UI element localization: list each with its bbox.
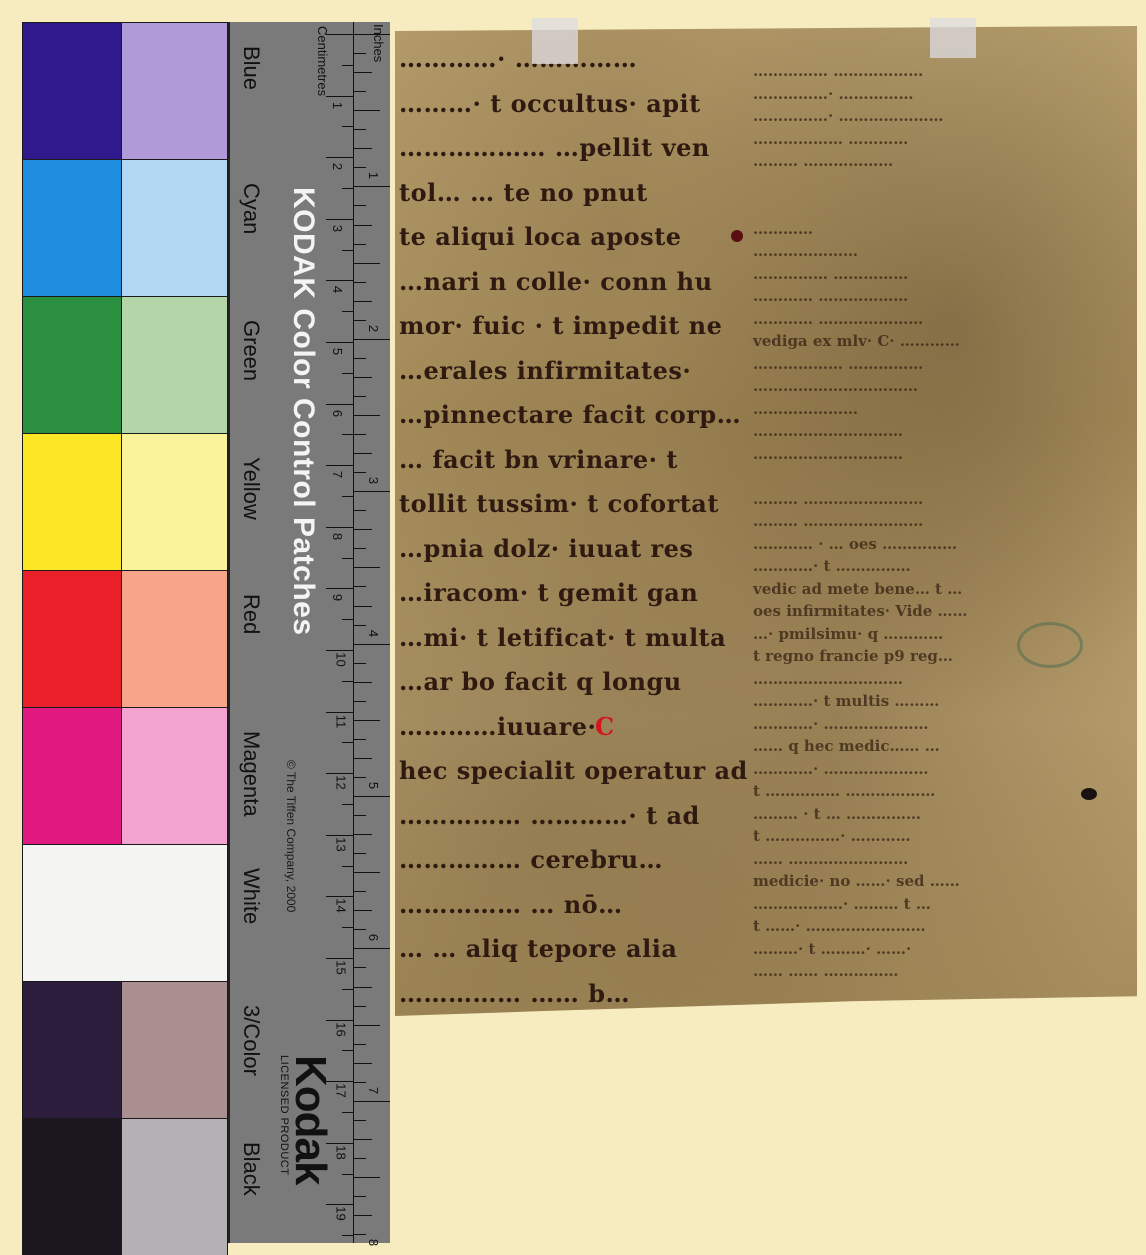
inch-tick: [354, 339, 390, 340]
inch-tick: [354, 720, 380, 721]
patch-label-blue: Blue: [238, 46, 264, 90]
inch-mark-label: 1: [366, 172, 381, 179]
tape-strip-right: [930, 18, 976, 58]
manuscript-line-left: hec specialit operatur ad: [399, 756, 748, 785]
cm-tick: [326, 835, 354, 836]
manuscript-line-right: …· pmilsimu· q …………: [753, 625, 943, 643]
kodak-color-chart: Inches Centimetres KODAK Color Control P…: [22, 22, 388, 1243]
cm-tick: [326, 404, 354, 405]
cm-tick: [326, 1143, 354, 1144]
manuscript-line-left: … … aliq tepore alia: [399, 934, 677, 963]
inch-tick: [354, 1215, 372, 1216]
patch-green-dark: [22, 296, 122, 434]
cm-tick: [326, 712, 354, 713]
patch-yellow-light: [121, 433, 228, 571]
inch-mark-label: 3: [366, 477, 381, 484]
inch-tick: [354, 682, 372, 683]
inch-tick: [354, 225, 372, 226]
cm-mark-label: 13: [334, 837, 349, 851]
manuscript-line-right: …… …… ……………: [753, 962, 898, 980]
cm-mark-label: 5: [330, 348, 345, 355]
cm-tick: [342, 373, 354, 374]
cm-tick: [326, 650, 354, 651]
manuscript-line-left: …………… cerebru…: [399, 845, 663, 874]
manuscript-line-right: t ……………· …………: [753, 827, 911, 845]
inch-tick: [354, 205, 366, 206]
patch-label-cyan: Cyan: [238, 183, 264, 234]
cm-tick: [326, 34, 354, 35]
inch-tick: [354, 1101, 390, 1102]
inch-tick: [354, 34, 390, 35]
inch-tick: [354, 1196, 366, 1197]
inch-tick: [354, 815, 366, 816]
cm-tick: [326, 1020, 354, 1021]
patch-3-color-light: [121, 981, 228, 1119]
manuscript-line-right: ……… · t … ……………: [753, 805, 921, 823]
inch-tick: [354, 548, 366, 549]
cm-tick: [326, 96, 354, 97]
inch-tick: [354, 491, 390, 492]
cm-mark-label: 15: [334, 960, 349, 974]
inch-tick: [354, 606, 372, 607]
manuscript-line-left: …mi· t letificat· t multa: [399, 623, 726, 652]
cm-tick: [342, 558, 354, 559]
manuscript-line-right: ……………· …………………: [753, 107, 943, 125]
cm-tick: [342, 126, 354, 127]
inch-tick: [354, 244, 366, 245]
inch-tick: [354, 263, 380, 264]
inch-tick: [354, 1177, 380, 1178]
inch-tick: [354, 987, 372, 988]
manuscript-line-left: tollit tussim· t cofortat: [399, 489, 719, 518]
inch-tick: [354, 834, 372, 835]
patch-blue-light: [121, 22, 228, 160]
manuscript-line-right: …… ……………………: [753, 850, 908, 868]
cm-mark-label: 1: [330, 101, 345, 108]
cm-tick: [342, 927, 354, 928]
manuscript-line-right: t …………… ………………: [753, 782, 935, 800]
cm-tick: [342, 65, 354, 66]
patch-label-green: Green: [238, 320, 264, 381]
cm-tick: [326, 465, 354, 466]
cm-mark-label: 9: [330, 594, 345, 601]
inch-tick: [354, 186, 390, 187]
rubric-initial: C: [595, 712, 615, 741]
manuscript-line-right: …………………………: [753, 445, 903, 463]
inch-tick: [354, 644, 390, 645]
manuscript-line-right: …………………………: [753, 670, 903, 688]
cm-tick: [326, 342, 354, 343]
patch-label-yellow: Yellow: [238, 457, 264, 520]
inch-tick: [354, 929, 366, 930]
manuscript-line-left: …pnia dolz· iuuat res: [399, 534, 693, 563]
inch-tick: [354, 167, 366, 168]
manuscript-line-left: …………… … nō…: [399, 890, 623, 919]
inch-tick: [354, 739, 366, 740]
manuscript-line-right: t ……· ……………………: [753, 917, 926, 935]
cm-tick: [342, 434, 354, 435]
inch-tick: [354, 1139, 372, 1140]
cm-tick: [326, 527, 354, 528]
cm-tick: [342, 804, 354, 805]
cm-tick: [326, 588, 354, 589]
manuscript-line-right: …………· t multis ………: [753, 692, 939, 710]
manuscript-line-right: …………… ………………: [753, 62, 923, 80]
inches-label: Inches: [371, 24, 386, 62]
cm-mark-label: 16: [334, 1022, 349, 1036]
manuscript-line-right: t regno francie p9 reg…: [753, 647, 953, 665]
inch-tick: [354, 53, 366, 54]
patch-magenta-dark: [22, 707, 122, 845]
inch-tick: [354, 91, 366, 92]
cm-tick: [326, 280, 354, 281]
green-stain: [1017, 622, 1083, 668]
cm-mark-label: 17: [334, 1083, 349, 1097]
manuscript-line-left: te aliqui loca aposte: [399, 222, 682, 251]
patch-white: [22, 844, 228, 982]
inch-tick: [354, 301, 372, 302]
manuscript-line-right: ………… ………………: [753, 287, 908, 305]
inch-tick: [354, 1025, 380, 1026]
cm-tick: [342, 311, 354, 312]
inch-tick: [354, 415, 380, 416]
inch-tick: [354, 396, 366, 397]
manuscript-line-right: …………………: [753, 400, 858, 418]
patch-black-light: [121, 1118, 228, 1255]
inch-tick: [354, 358, 366, 359]
patch-red-light: [121, 570, 228, 708]
cm-mark-label: 6: [330, 409, 345, 416]
cm-tick: [342, 188, 354, 189]
cm-tick: [326, 896, 354, 897]
inch-tick: [354, 891, 366, 892]
cm-tick: [326, 1204, 354, 1205]
chart-title: KODAK Color Control Patches: [286, 187, 320, 636]
inch-tick: [354, 1006, 366, 1007]
tape-strip-left: [532, 18, 578, 64]
inch-tick: [354, 472, 366, 473]
manuscript-line-right: ………… · … oes ……………: [753, 535, 957, 553]
inch-tick: [354, 510, 366, 511]
manuscript-fragment: …………· ……………………· t occultus· apit……………… ……: [395, 26, 1137, 1016]
licensed-product-text: LICENSED PRODUCT: [278, 1055, 290, 1175]
cm-tick: [342, 619, 354, 620]
manuscript-line-right: ……… ……………………: [753, 490, 923, 508]
inch-tick: [354, 434, 366, 435]
cm-mark-label: 4: [330, 286, 345, 293]
inch-tick: [354, 1234, 366, 1235]
cm-mark-label: 12: [334, 775, 349, 789]
manuscript-line-left: …nari n colle· conn hu: [399, 267, 713, 296]
inch-tick: [354, 1082, 366, 1083]
manuscript-line-right: vedic ad mete bene… t …: [753, 580, 962, 598]
centimetres-label: Centimetres: [315, 26, 330, 96]
patch-red-dark: [22, 570, 122, 708]
cm-mark-label: 8: [330, 533, 345, 540]
manuscript-line-right: …………· …………………: [753, 715, 928, 733]
inch-mark-label: 2: [366, 325, 381, 332]
inch-tick: [354, 567, 380, 568]
cm-mark-label: 19: [334, 1207, 349, 1221]
patch-3-color-dark: [22, 981, 122, 1119]
cm-tick: [326, 1081, 354, 1082]
manuscript-line-right: …………… ……………: [753, 265, 908, 283]
inch-mark-label: 7: [366, 1087, 381, 1094]
manuscript-line-left: …erales infirmitates·: [399, 356, 691, 385]
manuscript-line-left: …………· ……………: [399, 44, 637, 73]
ink-spot: [731, 230, 743, 242]
cm-tick: [342, 1112, 354, 1113]
cm-tick: [342, 1174, 354, 1175]
cm-tick: [342, 496, 354, 497]
manuscript-line-right: …………· …………………: [753, 760, 928, 778]
cm-mark-label: 2: [330, 163, 345, 170]
inch-mark-label: 6: [366, 934, 381, 941]
inch-tick: [354, 948, 390, 949]
manuscript-line-right: ………… …………………: [753, 310, 923, 328]
manuscript-line-right: ……………… …………: [753, 130, 908, 148]
inch-tick: [354, 663, 366, 664]
manuscript-line-right: vediga ex mlv· C· …………: [753, 332, 960, 350]
inch-tick: [354, 377, 372, 378]
patch-label-black: Black: [238, 1142, 264, 1196]
cm-mark-label: 11: [333, 714, 348, 728]
patch-label-red: Red: [238, 594, 264, 634]
inch-mark-label: 5: [366, 782, 381, 789]
manuscript-line-right: ………………· ……… t …: [753, 895, 931, 913]
inch-tick: [354, 282, 366, 283]
cm-mark-label: 10: [334, 652, 349, 666]
inch-tick: [354, 796, 390, 797]
manuscript-line-right: …………· t ……………: [753, 557, 911, 575]
inch-tick: [354, 872, 380, 873]
cm-tick: [342, 1050, 354, 1051]
inch-tick: [354, 1063, 372, 1064]
manuscript-line-right: medicie· no ……· sed ……: [753, 872, 960, 890]
cm-tick: [342, 866, 354, 867]
cm-tick: [326, 219, 354, 220]
patch-magenta-light: [121, 707, 228, 845]
inch-tick: [354, 1120, 366, 1121]
patch-black-dark: [22, 1118, 122, 1255]
manuscript-line-left: …iracom· t gemit gan: [399, 578, 698, 607]
manuscript-line-right: …………………………: [753, 422, 903, 440]
patch-blue-dark: [22, 22, 122, 160]
patch-label-white: White: [238, 868, 264, 924]
inch-tick: [354, 1044, 366, 1045]
inch-mark-label: 8: [366, 1239, 381, 1246]
manuscript-line-right: ……… ………………: [753, 152, 893, 170]
ink-blot: [1081, 788, 1097, 800]
inch-tick: [354, 72, 372, 73]
inch-tick: [354, 701, 366, 702]
inch-tick: [354, 853, 366, 854]
cm-tick: [342, 250, 354, 251]
cm-tick: [342, 742, 354, 743]
inch-tick: [354, 1158, 366, 1159]
inch-tick: [354, 320, 366, 321]
cm-tick: [326, 157, 354, 158]
inch-tick: [354, 967, 366, 968]
gray-label-strip: Inches Centimetres KODAK Color Control P…: [228, 22, 390, 1243]
manuscript-line-left: mor· fuic · t impedit ne: [399, 311, 722, 340]
manuscript-line-right: ………· t ………· ……·: [753, 940, 911, 958]
patch-label-3-color: 3/Color: [238, 1005, 264, 1076]
inch-tick: [354, 625, 366, 626]
copyright-text: © The Tiffen Company, 2000: [284, 760, 298, 912]
inch-tick: [354, 758, 372, 759]
manuscript-line-left: … facit bn vrinare· t: [399, 445, 678, 474]
cm-tick: [342, 1235, 354, 1236]
cm-mark-label: 18: [334, 1145, 349, 1159]
manuscript-line-right: …… q hec medic…… …: [753, 737, 940, 755]
inch-tick: [354, 110, 380, 111]
kodak-logo: Kodak: [285, 1055, 335, 1184]
patch-green-light: [121, 296, 228, 434]
manuscript-line-left: …………… …… b…: [399, 979, 630, 1008]
manuscript-line-left: ……………… …pellit ven: [399, 133, 710, 162]
manuscript-line-left: tol… … te no pnut: [399, 178, 648, 207]
manuscript-line-left: …ar bo facit q longu: [399, 667, 682, 696]
inch-tick: [354, 148, 372, 149]
manuscript-line-right: ……………· ……………: [753, 85, 913, 103]
inch-tick: [354, 586, 366, 587]
inch-tick: [354, 129, 366, 130]
manuscript-line-right: oes infirmitates· Vide ……: [753, 602, 968, 620]
manuscript-line-right: ……… ……………………: [753, 512, 923, 530]
patch-label-magenta: Magenta: [238, 731, 264, 817]
manuscript-line-right: ……………………………: [753, 377, 918, 395]
inch-tick: [354, 910, 372, 911]
patch-cyan-light: [121, 159, 228, 297]
patch-yellow-dark: [22, 433, 122, 571]
manuscript-line-right: …………: [753, 220, 813, 238]
manuscript-line-right: ……………… ……………: [753, 355, 923, 373]
patch-cyan-dark: [22, 159, 122, 297]
cm-tick: [342, 681, 354, 682]
manuscript-line-left: ………· t occultus· apit: [399, 89, 701, 118]
cm-mark-label: 14: [334, 899, 349, 913]
inch-tick: [354, 777, 366, 778]
cm-mark-label: 3: [330, 225, 345, 232]
manuscript-line-right: …………………: [753, 242, 858, 260]
manuscript-line-left: …pinnectare facit corp…: [399, 400, 741, 429]
cm-tick: [326, 958, 354, 959]
inch-tick: [354, 529, 372, 530]
cm-mark-label: 7: [330, 471, 345, 478]
cm-tick: [342, 989, 354, 990]
manuscript-line-left: …………… …………· t ad: [399, 801, 700, 830]
cm-tick: [326, 773, 354, 774]
inch-tick: [354, 453, 372, 454]
inch-mark-label: 4: [366, 629, 381, 636]
manuscript-line-left: …………iuuare·: [399, 712, 596, 741]
